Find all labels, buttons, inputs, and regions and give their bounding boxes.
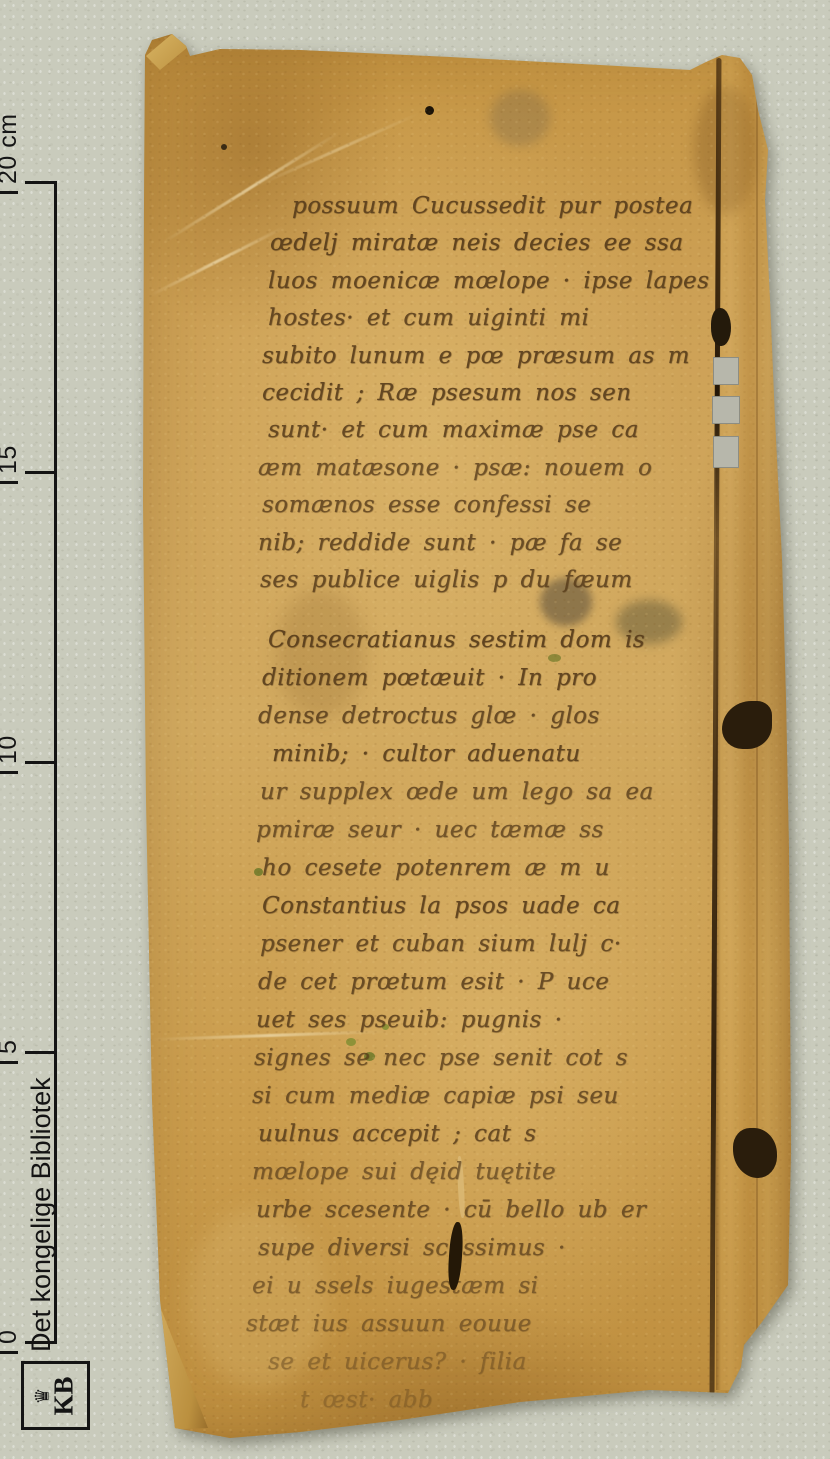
vertical-tear-crack bbox=[710, 58, 722, 1394]
stain bbox=[490, 90, 550, 146]
edge-notch-hole bbox=[722, 701, 772, 749]
manuscript-line: minib; · cultor aduenatu bbox=[272, 735, 654, 773]
manuscript-line: uulnus accepit ; cat s bbox=[258, 1115, 654, 1153]
vertical-crease bbox=[756, 88, 758, 1368]
logo-inner: ♛ KB bbox=[33, 1376, 77, 1415]
scale-label-5: 5 bbox=[0, 934, 22, 1064]
crease-line bbox=[255, 112, 421, 188]
manuscript-line: pmiræ seur · uec tæmæ ss bbox=[256, 811, 654, 849]
manuscript-line: supe diversi scessimus · bbox=[258, 1229, 654, 1267]
scale-label-20cm: 20 cm bbox=[0, 64, 22, 194]
manuscript-line: ses publice uiglis p du fæum bbox=[260, 562, 709, 599]
manuscript-line: subito lunum e pœ præsum as m bbox=[262, 338, 709, 375]
ink-speck bbox=[221, 144, 227, 150]
ink-speck bbox=[425, 106, 434, 115]
minor-tick-icon bbox=[0, 1061, 18, 1064]
manuscript-line: ho cesete potenrem æ m u bbox=[262, 849, 654, 887]
manuscript-line: sunt· et cum maximæ pse ca bbox=[268, 412, 709, 449]
manuscript-line: si cum mediæ capiæ psi seu bbox=[252, 1077, 654, 1115]
minor-tick-icon bbox=[0, 771, 18, 774]
folded-edge-strip bbox=[716, 54, 794, 1390]
manuscript-line: ditionem pœtæuit · In pro bbox=[262, 659, 654, 697]
scale-label-text: 5 bbox=[0, 1040, 22, 1054]
manuscript-line: Constantius la psos uade ca bbox=[262, 887, 654, 925]
manuscript-line: æm matæsone · psæ: nouem o bbox=[258, 450, 709, 487]
minor-tick-icon bbox=[0, 1351, 18, 1354]
corner-fold-bottom-left bbox=[146, 1250, 216, 1436]
manuscript-line: stæt ius assuun eouue bbox=[246, 1305, 654, 1343]
gray-patch bbox=[713, 436, 739, 468]
gray-patch bbox=[713, 357, 739, 385]
manuscript-line: mœlope sui dęid tuętite bbox=[252, 1153, 654, 1191]
manuscript-line: de cet prœtum esit · P uce bbox=[258, 963, 654, 1001]
scale-label-text: 20 cm bbox=[0, 113, 22, 184]
scale-tick-20 bbox=[25, 181, 57, 184]
logo-letters: KB bbox=[50, 1376, 77, 1415]
manuscript-line: se et uicerus? · filia bbox=[268, 1343, 654, 1381]
manuscript-line: psener et cuban sium lulj c· bbox=[260, 925, 654, 963]
corner-fold-top-left bbox=[142, 32, 194, 74]
manuscript-line: ei u ssels iugestæm si bbox=[252, 1267, 654, 1305]
parchment-fragment: possuum Cucussedit pur postea œdelj mira… bbox=[128, 28, 800, 1446]
gray-patch bbox=[712, 396, 740, 424]
manuscript-line: possuum Cucussedit pur postea bbox=[292, 188, 709, 225]
manuscript-line: ur supplex œde um lego sa ea bbox=[260, 773, 654, 811]
text-block-2: Consecratianus sestim dom is ditionem pœ… bbox=[258, 621, 654, 1419]
scale-label-10: 10 bbox=[0, 644, 22, 774]
manuscript-line: œdelj miratæ neis decies ee ssa bbox=[270, 225, 709, 262]
scale-tick-15 bbox=[25, 471, 57, 474]
manuscript-line: t œst· abb bbox=[300, 1381, 654, 1419]
manuscript-line: Consecratianus sestim dom is bbox=[268, 621, 654, 659]
manuscript-line: urbe scesente · cū bello ub er bbox=[256, 1191, 654, 1229]
royal-library-logo: ♛ KB bbox=[21, 1361, 90, 1430]
minor-tick-icon bbox=[0, 191, 18, 194]
scale-label-text: 10 bbox=[0, 735, 22, 764]
manuscript-line: hostes· et cum uiginti mi bbox=[268, 300, 709, 337]
manuscript-line: uet ses pseuib: pugnis · bbox=[256, 1001, 654, 1039]
library-name: Det kongelige Bibliotek bbox=[24, 1052, 58, 1352]
tear-hole bbox=[711, 308, 731, 346]
tear-hole bbox=[733, 1128, 777, 1178]
manuscript-line: luos moenicæ mœlope · ipse lapes bbox=[268, 263, 709, 300]
text-block-1: possuum Cucussedit pur postea œdelj mira… bbox=[258, 188, 709, 599]
scale-label-text: 0 bbox=[0, 1330, 22, 1344]
manuscript-line: nib; reddide sunt · pæ fa se bbox=[258, 525, 709, 562]
manuscript-line: dense detroctus glœ · glos bbox=[258, 697, 654, 735]
manuscript-scan-page: 20 cm 15 10 5 0 Det kongelige Bibliotek … bbox=[0, 0, 830, 1459]
manuscript-line: cecidit ; Ræ psesum nos sen bbox=[262, 375, 709, 412]
scale-tick-10 bbox=[25, 761, 57, 764]
scale-label-text: 15 bbox=[0, 445, 22, 474]
minor-tick-icon bbox=[0, 481, 18, 484]
manuscript-line: somænos esse confessi se bbox=[262, 487, 709, 524]
scale-label-0: 0 bbox=[0, 1224, 22, 1354]
parchment-surface: possuum Cucussedit pur postea œdelj mira… bbox=[128, 28, 800, 1446]
manuscript-line: signes se nec pse senit cot s bbox=[254, 1039, 654, 1077]
scale-label-15: 15 bbox=[0, 354, 22, 484]
